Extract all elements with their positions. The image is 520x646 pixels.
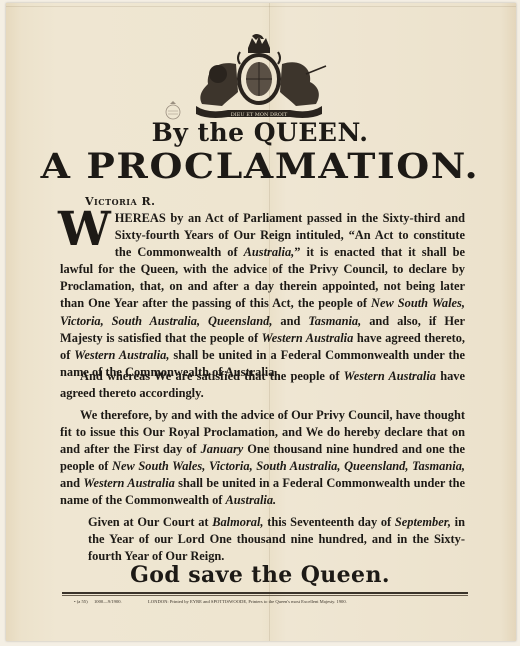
paragraph-and-whereas: And whereas We are satisfied that the pe… bbox=[60, 368, 465, 402]
divider-rule bbox=[62, 595, 468, 596]
drop-cap: W bbox=[58, 212, 111, 248]
divider-rule bbox=[62, 592, 468, 594]
imprint-printer: LONDON: Printed by EYRE and SPOTTISWOODE… bbox=[148, 599, 347, 604]
heading-by-the-queen: By the QUEEN. bbox=[0, 118, 520, 147]
fold-line bbox=[6, 6, 516, 7]
imprint-print-run: 1000—9/1900. bbox=[94, 599, 122, 604]
paragraph-we-therefore: We therefore, by and with the advice of … bbox=[60, 407, 465, 510]
imprint-code: • (a 55) bbox=[74, 599, 88, 604]
closing-god-save-the-queen: God save the Queen. bbox=[0, 562, 520, 588]
paragraph-given-at: Given at Our Court at Balmoral, this Sev… bbox=[88, 514, 465, 565]
heading-proclamation: A PROCLAMATION. bbox=[0, 146, 520, 187]
royal-coat-of-arms-icon: DIEU ET MON DROIT bbox=[188, 34, 330, 120]
paragraph-whereas: WHEREAS by an Act of Parliament passed i… bbox=[60, 210, 465, 381]
